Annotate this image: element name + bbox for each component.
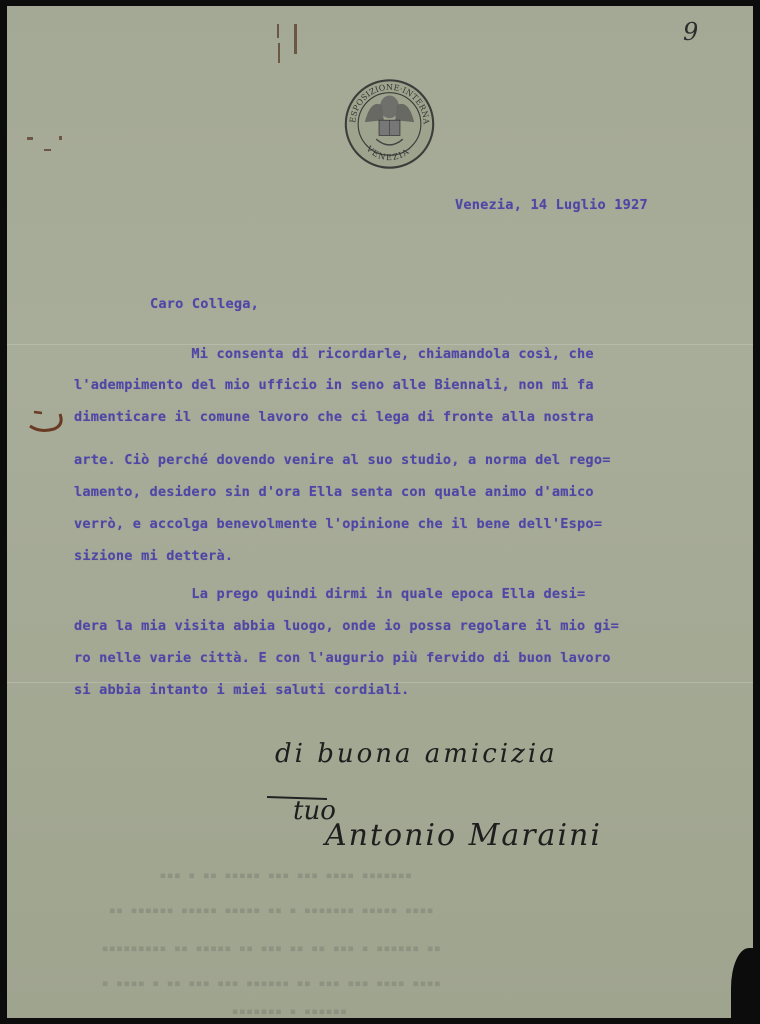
bleed-through-text: ▪▪▪▪▪▪▪▪▪ ▪▪ ▪▪▪▪▪ ▪▪ ▪▪▪ ▪▪ ▪▪ ▪▪▪ ▪ ▪▪… <box>87 941 441 955</box>
body-line: arte. Ciò perché dovendo venire al suo s… <box>74 452 611 468</box>
pencil-bracket-mark <box>20 409 70 439</box>
letter-date: Venezia, 14 Luglio 1927 <box>455 197 648 213</box>
body-line: ro nelle varie città. E con l'augurio pi… <box>74 650 611 666</box>
stain-mark <box>59 136 62 140</box>
body-line: si abbia intanto i miei saluti cordiali. <box>74 682 409 698</box>
body-line: sizione mi detterà. <box>74 548 233 564</box>
body-line: verrò, e accolga benevolmente l'opinione… <box>74 516 602 532</box>
body-line: Mi consenta di ricordarle, chiamandola c… <box>74 346 594 362</box>
bleed-through-text: ▪▪▪▪▪▪▪ ▪ ▪▪▪▪▪▪ <box>87 1004 347 1018</box>
stain-mark <box>27 137 33 140</box>
handwritten-closing: di buona amicizia <box>275 739 558 769</box>
body-line: dera la mia visita abbia luogo, onde io … <box>74 618 619 634</box>
stain-mark <box>44 149 51 151</box>
handwritten-signature: Antonio Maraini <box>325 818 602 853</box>
letter-page: 9 ESPOSIZIONE·INTERNAZIONALE·D'ARTE ·VEN… <box>7 6 753 1018</box>
torn-corner <box>731 948 753 1018</box>
body-line: La prego quindi dirmi in quale epoca Ell… <box>74 586 585 602</box>
biennale-seal-logo: ESPOSIZIONE·INTERNAZIONALE·D'ARTE ·VENEZ… <box>342 63 437 185</box>
stain-mark <box>277 24 279 38</box>
body-line: dimenticare il comune lavoro che ci lega… <box>74 409 594 425</box>
bleed-through-text: ▪ ▪▪▪▪ ▪ ▪▪ ▪▪▪ ▪▪▪ ▪▪▪▪▪▪ ▪▪ ▪▪▪ ▪▪▪ ▪▪… <box>87 976 441 990</box>
stain-mark <box>278 43 280 63</box>
body-line: l'adempimento del mio ufficio in seno al… <box>74 377 594 393</box>
body-line: lamento, desidero sin d'ora Ella senta c… <box>74 484 594 500</box>
stain-mark <box>294 24 297 54</box>
bleed-through-text: ▪▪ ▪▪▪▪▪▪ ▪▪▪▪▪ ▪▪▪▪▪ ▪▪ ▪ ▪▪▪▪▪▪▪ ▪▪▪▪▪… <box>87 903 434 917</box>
salutation: Caro Collega, <box>150 296 259 312</box>
fold-line <box>7 344 753 345</box>
page-number: 9 <box>683 18 698 46</box>
bleed-through-text: ▪▪▪ ▪ ▪▪ ▪▪▪▪▪ ▪▪▪ ▪▪▪ ▪▪▪▪ ▪▪▪▪▪▪▪ <box>87 868 412 882</box>
